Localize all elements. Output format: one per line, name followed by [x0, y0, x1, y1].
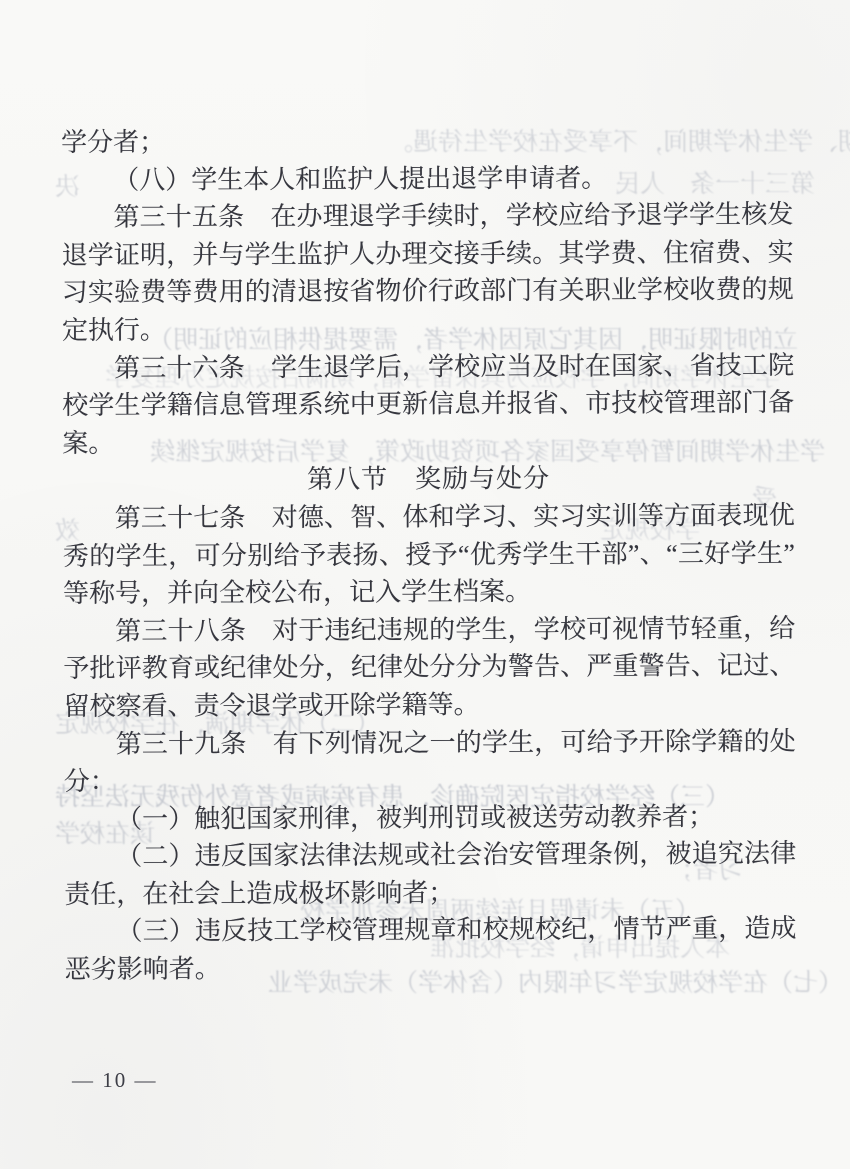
paragraph-clause-1: （一）触犯国家刑律，被判刑罚或被送劳动教养者；	[64, 797, 796, 838]
paragraph-article-38: 第三十八条 对于违纪违规的学生，学校可视情节轻重，给予批评教育或纪律处分，纪律处…	[63, 610, 795, 726]
page-number: — 10 —	[72, 1068, 158, 1093]
scanned-document-page: 学期、学生休学期间，不享受在校学生待遇。 第三十一条 人民 决 立的时限证明，因…	[0, 0, 850, 1169]
paragraph-clause-2: （二）违反国家法律法规或社会治安管理条例，被追究法律责任，在社会上造成极坏影响者…	[64, 835, 796, 913]
section-heading: 第八节 奖励与处分	[62, 459, 794, 500]
paragraph-clause-3: （三）违反技工学校管理规章和校规校纪，情节严重，造成恶劣影响者。	[64, 910, 796, 988]
paragraph-article-35: 第三十五条 在办理退学手续时，学校应给予退学学生核发退学证明，并与学生监护人办理…	[61, 196, 794, 350]
page-number-label: — 10 —	[72, 1068, 158, 1092]
paragraph-article-37: 第三十七条 对德、智、体和学习、实习实训等方面表现优秀的学生，可分别给予表扬、授…	[63, 497, 795, 613]
document-body: 学分者； （八）学生本人和监护人提出退学申请者。 第三十五条 在办理退学手续时，…	[61, 121, 797, 989]
paragraph-article-36: 第三十六条 学生退学后，学校应当及时在国家、省技工院校学生学籍信息管理系统中更新…	[62, 346, 794, 462]
paragraph-item-8: （八）学生本人和监护人提出退学申请者。	[61, 158, 793, 199]
paragraph-article-39: 第三十九条 有下列情况之一的学生，可给予开除学籍的处分：	[64, 722, 796, 800]
paragraph-continuation: 学分者；	[61, 121, 793, 162]
